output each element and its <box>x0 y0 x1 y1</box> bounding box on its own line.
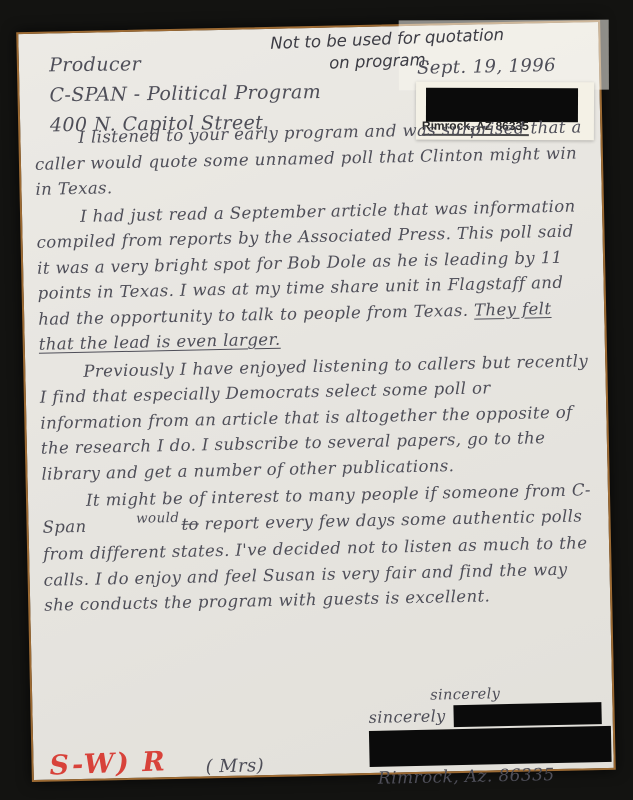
paragraph-text: I listened to your early program and was… <box>35 117 582 198</box>
letter-body: I listened to your early program and was… <box>34 114 596 620</box>
letter-paragraph: I listened to your early program and was… <box>34 114 587 202</box>
letter-paragraph: I had just read a September article that… <box>36 193 591 358</box>
letter-paragraph: Previously I have enjoyed listening to c… <box>39 348 594 487</box>
mrs-note: ( Mrs) <box>205 755 264 777</box>
sincerely-text: sincerely <box>368 706 445 728</box>
struck-out-word: to <box>181 514 199 533</box>
recipient-line-cspan: C-SPAN - Political Program <box>49 77 321 110</box>
closing-city-line: Rimrock, Az. 86335 <box>378 764 612 789</box>
letter-date: Sept. 19, 1996 <box>417 55 556 79</box>
red-ink-filing-note: S-W) R <box>49 746 167 781</box>
paragraph-text: Previously I have enjoyed listening to c… <box>40 351 589 483</box>
redacted-signature-bar-2 <box>369 726 612 767</box>
inserted-word-above: would <box>92 506 180 533</box>
signature-block: sincerely sincerely Rimrock, Az. 86335 <box>368 682 612 789</box>
redacted-signature-bar-1 <box>453 702 601 727</box>
letter-paragraph: It might be of interest to many people i… <box>42 477 597 618</box>
scanned-letter-page: Producer C-SPAN - Political Program 400 … <box>16 20 616 782</box>
